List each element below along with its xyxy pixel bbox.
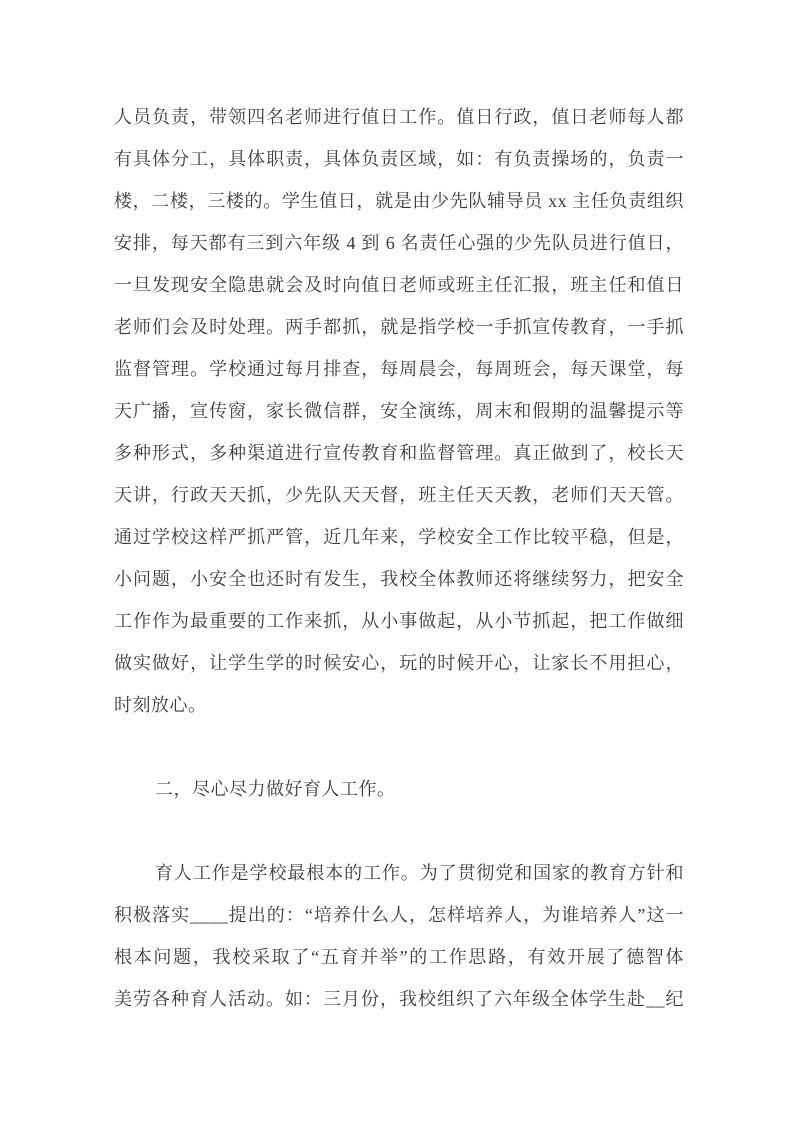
paragraph-safety-work: 人员负责，带领四名老师进行值日工作。值日行政，值日老师每人都 有具体分工，具体职… — [114, 96, 684, 726]
text-line: 美劳各种育人活动。如：三月份，我校组织了六年级全体学生赴__纪 — [114, 978, 684, 1020]
text-line: 通过学校这样严抓严管，近几年来，学校安全工作比较平稳，但是， — [114, 516, 684, 558]
text-line: 老师们会及时处理。两手都抓，就是指学校一手抓宣传教育，一手抓 — [114, 306, 684, 348]
text-line: 有具体分工，具体职责，具体负责区域，如：有负责操场的，负责一 — [114, 138, 684, 180]
section-heading: 二，尽心尽力做好育人工作。 — [114, 768, 684, 810]
text-line: 多种形式，多种渠道进行宣传教育和监督管理。真正做到了，校长天 — [114, 432, 684, 474]
paragraph-gap — [114, 726, 684, 768]
text-line: 小问题，小安全也还时有发生，我校全体教师还将继续努力，把安全 — [114, 558, 684, 600]
document-page: 人员负责，带领四名老师进行值日工作。值日行政，值日老师每人都 有具体分工，具体职… — [0, 0, 793, 1122]
text-line: 时刻放心。 — [114, 684, 684, 726]
text-line: 育人工作是学校最根本的工作。为了贯彻党和国家的教育方针和 — [114, 852, 684, 894]
paragraph-education-work: 育人工作是学校最根本的工作。为了贯彻党和国家的教育方针和 积极落实____提出的… — [114, 852, 684, 1020]
text-line: 天广播，宣传窗，家长微信群，安全演练，周末和假期的温馨提示等 — [114, 390, 684, 432]
text-line: 楼，二楼，三楼的。学生值日，就是由少先队辅导员 xx 主任负责组织 — [114, 180, 684, 222]
text-line: 人员负责，带领四名老师进行值日工作。值日行政，值日老师每人都 — [114, 96, 684, 138]
paragraph-gap — [114, 810, 684, 852]
text-line: 监督管理。学校通过每月排查，每周晨会，每周班会，每天课堂，每 — [114, 348, 684, 390]
text-line: 一旦发现安全隐患就会及时向值日老师或班主任汇报，班主任和值日 — [114, 264, 684, 306]
text-line: 积极落实____提出的：“培养什么人，怎样培养人，为谁培养人”这一 — [114, 894, 684, 936]
text-line: 工作作为最重要的工作来抓，从小事做起，从小节抓起，把工作做细 — [114, 600, 684, 642]
text-line: 做实做好，让学生学的时候安心，玩的时候开心，让家长不用担心， — [114, 642, 684, 684]
text-line: 安排，每天都有三到六年级 4 到 6 名责任心强的少先队员进行值日， — [114, 222, 684, 264]
text-line: 根本问题，我校采取了“五育并举”的工作思路，有效开展了德智体 — [114, 936, 684, 978]
text-line: 天讲，行政天天抓，少先队天天督，班主任天天教，老师们天天管。 — [114, 474, 684, 516]
